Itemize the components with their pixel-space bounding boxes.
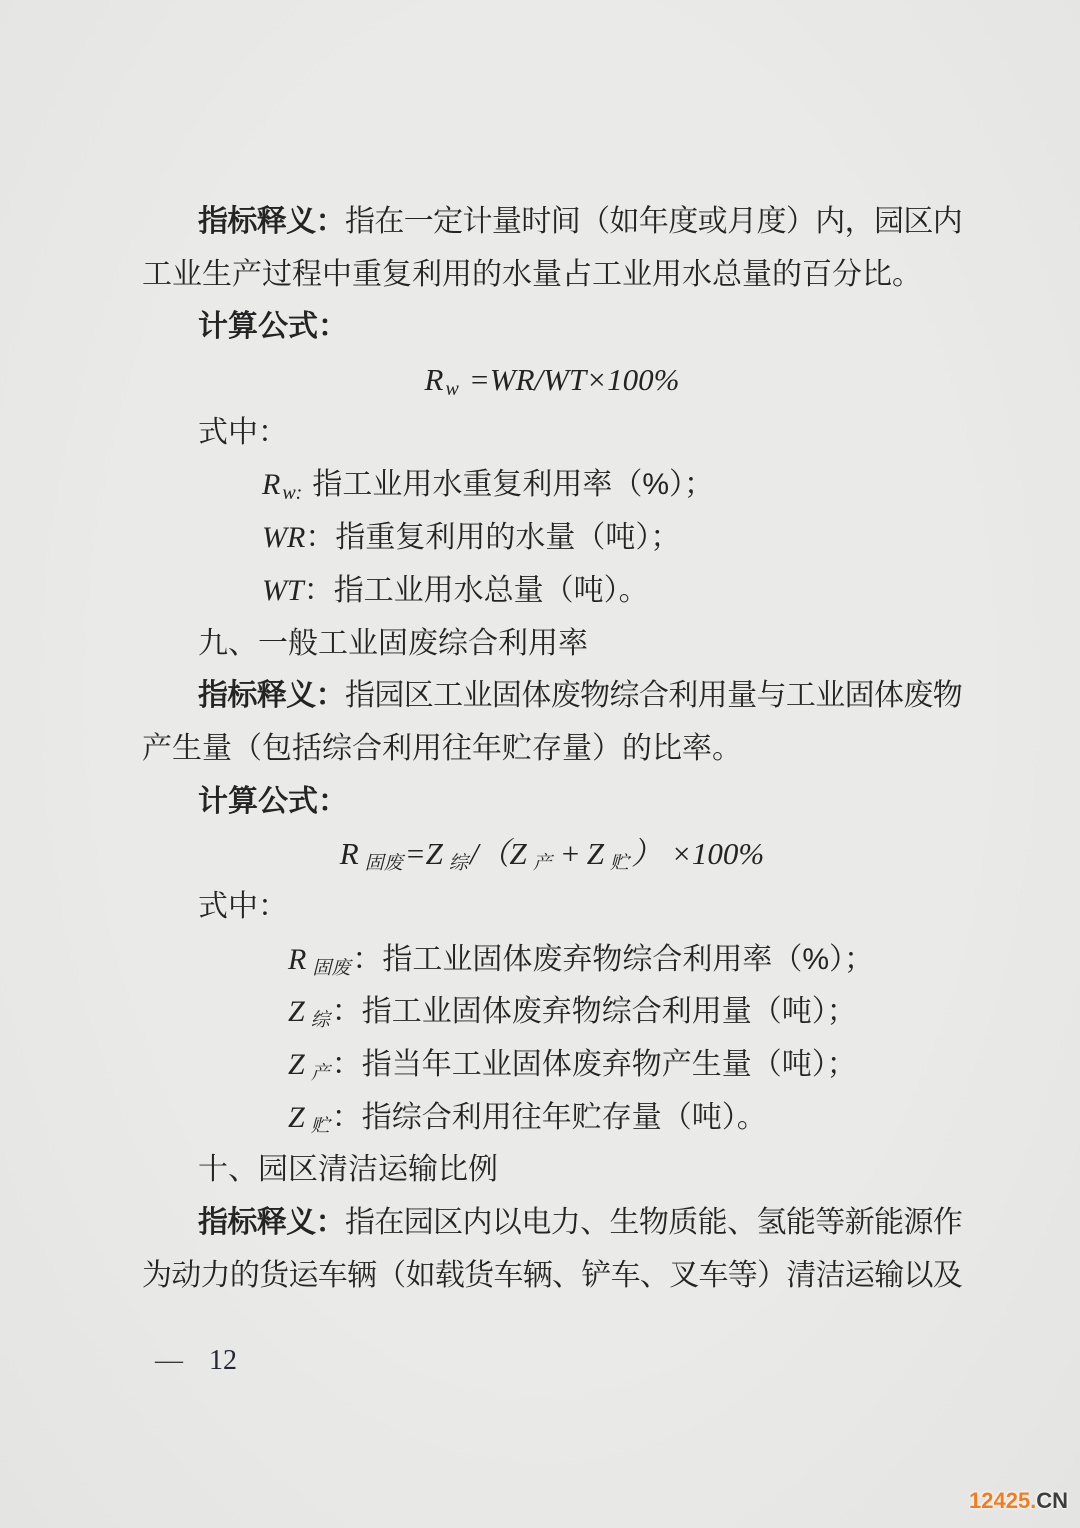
symbol-rw: Rw: bbox=[262, 468, 302, 501]
formula1-base: R bbox=[425, 362, 444, 397]
definition-z-chan-text: 指当年工业固体废弃物产生量（吨）； bbox=[362, 1048, 857, 1081]
calc-formula-label-1: 计算公式： bbox=[142, 301, 962, 354]
para1-line1: 指标释义：指在一定计量时间（如年度或月度）内，园区内 bbox=[142, 196, 962, 249]
term-definition-label: 指标释义： bbox=[198, 679, 345, 712]
term-definition-label: 指标释义： bbox=[198, 1206, 345, 1239]
para2-line2: 产生量（包括综合利用往年贮存量）的比率。 bbox=[142, 723, 962, 776]
symbol-z-zhu: Z bbox=[288, 1101, 305, 1134]
formula2-equals: = bbox=[405, 836, 426, 871]
symbol-z-chan: Z bbox=[288, 1048, 305, 1081]
para1-line1-text: 指在一定计量时间（如年度或月度）内，园区内 bbox=[345, 205, 962, 238]
page-number: 12 bbox=[209, 1345, 237, 1376]
formula2-r: R bbox=[340, 836, 359, 871]
footer-dash: — bbox=[155, 1345, 183, 1376]
formula-water-reuse: Rw=WR/WT×100% bbox=[142, 354, 962, 407]
formula2-z2: Z bbox=[510, 836, 527, 871]
symbol-r-solid: R bbox=[288, 943, 306, 976]
definition-z-chan: Z产：指当年工业固体废弃物产生量（吨）； bbox=[142, 1039, 962, 1092]
site-watermark: 12425.CN bbox=[969, 1488, 1068, 1514]
definition-z-zhu-text: 指综合利用往年贮存量（吨）。 bbox=[362, 1101, 767, 1134]
formula1-subscript: w bbox=[445, 378, 458, 400]
definition-r-solid: R固废：指工业固体废弃物综合利用率（%）； bbox=[142, 934, 962, 987]
symbol-rw-subscript: w: bbox=[282, 482, 302, 504]
section-heading-9: 九、一般工业固废综合利用率 bbox=[142, 618, 962, 671]
symbol-wr-colon: ： bbox=[305, 521, 335, 554]
formula2-r-subscript: 固废 bbox=[365, 853, 403, 874]
para3-line1-text: 指在园区内以电力、生物质能、氢能等新能源作 bbox=[345, 1206, 962, 1239]
formula2-z3-subscript: 贮 bbox=[610, 853, 629, 874]
formula2-plus: + bbox=[560, 836, 581, 871]
definition-wr-text: 指重复利用的水量（吨）； bbox=[335, 521, 680, 554]
symbol-wt-colon: ： bbox=[304, 574, 334, 607]
symbol-r-solid-subscript: 固废 bbox=[312, 958, 350, 979]
definition-wt: WT：指工业用水总量（吨）。 bbox=[142, 565, 962, 618]
formula1-rest: =WR/WT×100% bbox=[469, 362, 680, 397]
document-page: 指标释义：指在一定计量时间（如年度或月度）内，园区内 工业生产过程中重复利用的水… bbox=[0, 0, 1080, 1528]
formula2-z1-subscript: 综 bbox=[449, 853, 468, 874]
page-content: 指标释义：指在一定计量时间（如年度或月度）内，园区内 工业生产过程中重复利用的水… bbox=[142, 196, 962, 1302]
symbol-z-zong: Z bbox=[288, 995, 305, 1028]
symbol-z-zhu-subscript: 贮 bbox=[311, 1116, 330, 1137]
section-heading-10: 十、园区清洁运输比例 bbox=[142, 1144, 962, 1197]
symbol-rw-base: R bbox=[262, 468, 280, 501]
formula2-slash: / bbox=[470, 836, 479, 871]
page-footer: —12 bbox=[155, 1340, 237, 1382]
symbol-z-zhu-colon: ： bbox=[332, 1101, 362, 1134]
definition-z-zong-text: 指工业固体废弃物综合利用量（吨）； bbox=[362, 995, 857, 1028]
definition-z-zhu: Z贮：指综合利用往年贮存量（吨）。 bbox=[142, 1092, 962, 1145]
term-definition-label: 指标释义： bbox=[198, 205, 345, 238]
para3-line2: 为动力的货运车辆（如载货车辆、铲车、叉车等）清洁运输以及 bbox=[142, 1250, 962, 1303]
formula2-rparen: ） bbox=[631, 836, 662, 871]
para1-line2: 工业生产过程中重复利用的水量占工业用水总量的百分比。 bbox=[142, 249, 962, 302]
para2-line1-text: 指园区工业固体废物综合利用量与工业固体废物 bbox=[345, 679, 962, 712]
formula2-tail: ×100% bbox=[671, 836, 764, 871]
symbol-z-chan-subscript: 产 bbox=[311, 1063, 330, 1084]
definition-r-solid-text: 指工业固体废弃物综合利用率（%）； bbox=[382, 943, 874, 976]
symbol-wr: WR bbox=[262, 521, 305, 554]
formula2-z2-subscript: 产 bbox=[533, 853, 552, 874]
where-label-1: 式中： bbox=[142, 407, 962, 460]
formula-solid-waste: R固废=Z综/（Z产+Z贮）×100% bbox=[142, 828, 962, 881]
symbol-z-chan-colon: ： bbox=[332, 1048, 362, 1081]
para3-line1: 指标释义：指在园区内以电力、生物质能、氢能等新能源作 bbox=[142, 1197, 962, 1250]
symbol-wt: WT bbox=[262, 574, 304, 607]
watermark-domain: CN bbox=[1036, 1488, 1068, 1513]
formula2-z1: Z bbox=[426, 836, 443, 871]
definition-z-zong: Z综：指工业固体废弃物综合利用量（吨）； bbox=[142, 986, 962, 1039]
definition-wt-text: 指工业用水总量（吨）。 bbox=[334, 574, 649, 607]
where-label-2: 式中： bbox=[142, 881, 962, 934]
calc-formula-label-2: 计算公式： bbox=[142, 776, 962, 829]
definition-wr: WR：指重复利用的水量（吨）； bbox=[142, 512, 962, 565]
symbol-z-zong-subscript: 综 bbox=[311, 1010, 330, 1031]
symbol-r-solid-colon: ： bbox=[352, 943, 382, 976]
para2-line1: 指标释义：指园区工业固体废物综合利用量与工业固体废物 bbox=[142, 670, 962, 723]
definition-rw: Rw:指工业用水重复利用率（%）； bbox=[142, 459, 962, 512]
formula2-lparen: （ bbox=[479, 836, 510, 871]
definition-rw-text: 指工业用水重复利用率（%）； bbox=[312, 468, 714, 501]
watermark-number: 12425. bbox=[969, 1488, 1036, 1513]
formula2-z3: Z bbox=[587, 836, 604, 871]
symbol-z-zong-colon: ： bbox=[332, 995, 362, 1028]
